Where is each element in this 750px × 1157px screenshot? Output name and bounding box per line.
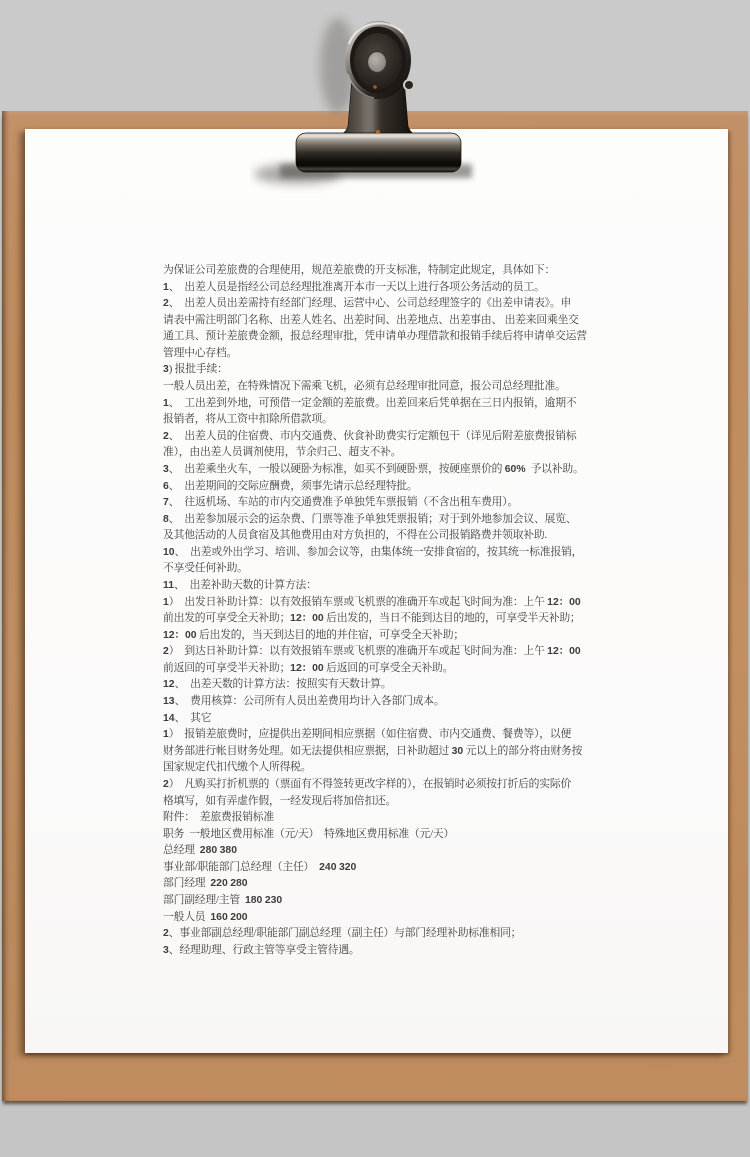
document-line: 格填写，如有弄虚作假，一经发现后将加倍扣还。 [163,793,603,810]
document-lines: 为保证公司差旅费的合理使用，规范差旅费的开支标准，特制定此规定，具体如下：1、 … [163,262,603,958]
document-line: 1） 出发日补助计算：以有效报销车票或飞机票的准确开车或起飞时间为准：上午 12… [163,594,603,611]
document-line: 国家规定代扣代缴个人所得税。 [163,759,603,776]
document-line: 前返回的可享受半天补助；12：00 后返回的可享受全天补助。 [163,660,603,677]
document-line: 为保证公司差旅费的合理使用，规范差旅费的开支标准，特制定此规定，具体如下： [163,262,603,279]
document-line: 2） 到达日补助计算：以有效报销车票或飞机票的准确开车或起飞时间为准：上午 12… [163,643,603,660]
document-line: 管理中心存档。 [163,345,603,362]
document-line: 3) 报批手续： [163,361,603,378]
metal-bulldog-clip-icon [250,8,490,198]
document-line: 部门经理 220 280 [163,875,603,892]
document-line: 部门副经理/主管 180 230 [163,892,603,909]
document-line: 13、 费用核算：公司所有人员出差费用均计入各部门成本。 [163,693,603,710]
document-line: 14、 其它 [163,710,603,727]
document-line: 一般人员出差，在特殊情况下需乘飞机，必须有总经理审批同意，报公司总经理批准。 [163,378,603,395]
document-line: 3、 出差乘坐火车，一般以硬卧为标准，如买不到硬卧票，按硬座票价的 60% 予以… [163,461,603,478]
document-line: 6、 出差期间的交际应酬费，须事先请示总经理特批。 [163,478,603,495]
clip-lever-icon [404,80,414,90]
document-line: 通工具、预计差旅费金额，报总经理审批，凭申请单办理借款和报销手续后将申请单交运营 [163,328,603,345]
document-line: 10、 出差或外出学习、培训、参加会议等，由集体统一安排食宿的，按其统一标准报销… [163,544,603,561]
clip-bar [296,133,461,172]
document-line: 请表中需注明部门名称、出差人姓名、出差时间、出差地点、出差事由、 出差来回乘坐交 [163,312,603,329]
document-line: 2、事业部副总经理/职能部门副总经理（副主任）与部门经理补助标准相同； [163,925,603,942]
paper-sheet: 为保证公司差旅费的合理使用，规范差旅费的开支标准，特制定此规定，具体如下：1、 … [25,129,728,1053]
document-line: 12：00 后出发的，当天到达目的地的并住宿，可享受全天补助； [163,627,603,644]
document-line: 2） 凡购买打折机票的（票面有不得签转更改字样的），在报销时必须按打折后的实际价 [163,776,603,793]
document-line: 2、 出差人员出差需持有经部门经理、运营中心、公司总经理签字的《出差申请表》。申 [163,295,603,312]
document-line: 11、 出差补助天数的计算方法： [163,577,603,594]
document-line: 准），由出差人员调剂使用，节余归己、超支不补。 [163,444,603,461]
document-line: 1、 出差人员是指经公司总经理批准离开本市一天以上进行各项公务活动的员工。 [163,279,603,296]
document-line: 一般人员 160 200 [163,909,603,926]
clip-ring-hole [368,52,387,73]
document-line: 财务部进行帐目财务处理。如无法提供相应票据，日补助超过 30 元以上的部分将由财… [163,743,603,760]
document-line: 事业部/职能部门总经理（主任） 240 320 [163,859,603,876]
document-line: 职务 一般地区费用标准（元/天） 特殊地区费用标准（元/天） [163,826,603,843]
document-line: 不享受任何补助。 [163,560,603,577]
document-line: 总经理 280 380 [163,842,603,859]
document-line: 1、 工出差到外地，可预借一定金额的差旅费。出差回来后凭单据在三日内报销，逾期不 [163,395,603,412]
document-line: 8、 出差参加展示会的运杂费、门票等准予单独凭票报销；对于到外地参加会议、展览、 [163,511,603,528]
document-line: 1） 报销差旅费时，应提供出差期间相应票据（如住宿费、市内交通费、餐费等），以便 [163,726,603,743]
rust-speck-1 [373,85,377,89]
photo-scene: 为保证公司差旅费的合理使用，规范差旅费的开支标准，特制定此规定，具体如下：1、 … [0,0,750,1157]
document-line: 及其他活动的人员食宿及其他费用由对方负担的，不得在公司报销路费并领取补助. [163,527,603,544]
document-line: 7、 往返机场、车站的市内交通费准予单独凭车票报销（不含出租车费用）。 [163,494,603,511]
document-line: 前出发的可享受全天补助；12：00 后出发的，当日不能到达目的地的，可享受半天补… [163,610,603,627]
document-line: 2、 出差人员的住宿费、市内交通费、伙食补助费实行定额包干（详见后附差旅费报销标 [163,428,603,445]
document-line: 报销者，将从工资中扣除所借款项。 [163,411,603,428]
document-line: 3、经理助理、行政主管等享受主管待遇。 [163,942,603,959]
document-line: 12、 出差天数的计算方法：按照实有天数计算。 [163,676,603,693]
rust-speck-2 [376,130,380,134]
document-line: 附件： 差旅费报销标准 [163,809,603,826]
